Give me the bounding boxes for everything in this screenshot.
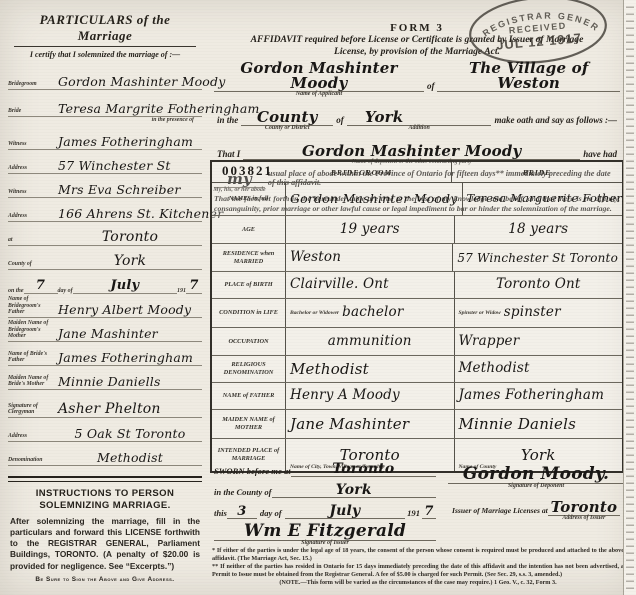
issuer-at-line: Issuer of Marriage Licenses at Toronto A… [452, 500, 620, 516]
deponent-caption: Signature of Deponent [508, 483, 564, 489]
row-label: NAME of FATHER [212, 383, 286, 409]
row-label: RELIGIOUS DENOMINATION [212, 356, 286, 382]
field-label: Witness [8, 189, 58, 197]
field-label: Address [8, 433, 58, 441]
field-row: at Toronto [8, 222, 202, 246]
field-row: Address 5 Oak St Toronto [8, 418, 202, 442]
table-row: NAME of FATHER Henry A Moody James Fothe… [212, 383, 622, 410]
sworn-line: in the County of York [214, 483, 436, 498]
have-had-text: have had [580, 149, 620, 160]
county-word: County [257, 108, 318, 126]
particulars-title: PARTICULARS of the Marriage [14, 12, 196, 47]
cell-sublabel: Spinster or Widow [459, 310, 501, 316]
affidavit-panel: REGISTRAR GENERAL RECEIVED JUL 12 1917 F… [210, 0, 624, 595]
cell-value: York [521, 448, 556, 463]
day-of-word: day of [257, 508, 285, 519]
field-row: Bridegroom Gordon Mashinter Moody [8, 63, 202, 90]
instructions-heading: INSTRUCTIONS TO PERSON SOLEMNIZING MARRI… [10, 488, 200, 512]
cell-value: Teresa Marguerite Fotheringham [467, 193, 636, 205]
field-label: County of [8, 261, 58, 269]
groom-cell: ammunition [286, 328, 455, 355]
field-value: Gordon Mashinter Moody [58, 76, 226, 90]
oath-text: make oath and say as follows :— [491, 115, 620, 126]
this-word: this [214, 508, 227, 519]
row-label: CONDITION in LIFE [212, 299, 286, 327]
year-printed: 191 [405, 508, 422, 519]
sworn-line: SWORN before me at Toronto [214, 462, 436, 477]
cell-value: Gordon Mashinter Moody [290, 193, 458, 206]
field-value: Henry Albert Moody [58, 304, 202, 318]
table-row: PLACE of BIRTH Clairville. Ont Toronto O… [212, 272, 622, 299]
row-label: MAIDEN NAME of MOTHER [212, 410, 286, 438]
issuer-signature-block: Wm E Fitzgerald Signature of Issuer [214, 523, 436, 541]
field-label: Witness [8, 141, 58, 149]
fill-caption: Addition [408, 125, 429, 131]
row-label: PLACE of BIRTH [212, 272, 286, 298]
sworn-place-fill: Toronto [291, 462, 436, 477]
field-value: Minnie Daniells [58, 376, 202, 390]
deponent-name: Gordon Mashinter Moody [302, 142, 521, 160]
residence-value: The Village of Weston [469, 59, 589, 92]
field-label: Maiden Name of Bridegroom's Mother [8, 320, 58, 341]
fill-caption: County or District [265, 125, 310, 131]
sworn-label: SWORN before me at [214, 466, 291, 477]
footnote-line: ** If neither of the parties has resided… [212, 563, 624, 579]
cell-value: Henry A Moody [290, 389, 400, 403]
sworn-place: Toronto [332, 461, 394, 477]
bride-cell: Toronto Ont [455, 272, 623, 298]
groom-cell: Henry A Moody [286, 383, 455, 409]
residence-fill: The Village of Weston [437, 61, 620, 92]
field-value: York [58, 254, 202, 269]
bride-cell: James Fotheringham [455, 383, 623, 409]
field-value: James Fotheringham [58, 136, 202, 150]
date-month: July [73, 278, 177, 294]
bride-cell: Methodist [455, 356, 623, 382]
cell-value: Toronto Ont [496, 278, 581, 292]
field-value: Methodist [58, 452, 202, 466]
county-name: York [365, 108, 404, 126]
field-value: Jane Mashinter [58, 328, 202, 342]
presence-note: in the presence of [6, 117, 194, 124]
date-row: on the 7 day of July 191 7 [8, 270, 202, 294]
field-value: Asher Phelton [58, 402, 202, 417]
that-i-word: That I [214, 149, 243, 160]
document-page: PARTICULARS of the Marriage I certify th… [0, 0, 636, 595]
issuer-at-fill: Toronto Address of Issuer [548, 500, 620, 516]
field-label: Name of Bride's Father [8, 351, 58, 365]
year-fill: 7 [422, 505, 436, 519]
row-label: AGE [212, 216, 286, 243]
row-label: NAMES in full [212, 183, 286, 215]
table-row: AGE 19 years 18 years [212, 216, 622, 244]
field-value: 57 Winchester St [58, 160, 202, 174]
applicant-name: Gordon Mashinter Moody [240, 59, 397, 92]
header-left: 003821 BRIDEGROOM [212, 162, 452, 182]
table-row: CONDITION in LIFE Bachelor or Widower ba… [212, 299, 622, 328]
cell-value: Clairville. Ont [290, 278, 389, 292]
sworn-day: 3 [237, 504, 246, 519]
sworn-label: in the County of [214, 487, 272, 498]
table-row: MAIDEN NAME of MOTHER Jane Mashinter Min… [212, 410, 622, 439]
fill-caption: Name of Applicant [296, 91, 342, 97]
cell-value: Methodist [290, 362, 369, 377]
cell-value: spinster [504, 306, 561, 320]
document-number: 003821 [222, 163, 273, 179]
bride-cell: Wrapper [455, 328, 623, 355]
field-row: Witness Mrs Eva Schreiber [8, 174, 202, 198]
cell-value: 57 Winchester St Toronto [457, 252, 618, 264]
cell-value: Wrapper [459, 335, 520, 349]
field-value: 166 Ahrens St. Kitchener [58, 208, 223, 222]
field-row: Bride Teresa Margrite Fotheringham [8, 90, 202, 117]
footnotes: * If either of the parties is under the … [212, 547, 624, 587]
column-header-bride: BRIDE [523, 168, 551, 177]
table-header: 003821 BRIDEGROOM BRIDE [212, 162, 622, 183]
field-row: Address 57 Winchester St [8, 150, 202, 174]
field-value: James Fotheringham [58, 352, 202, 366]
sworn-month: July [329, 503, 360, 519]
county-name-fill: York Addition [347, 110, 492, 126]
instructions-body: After solemnizing the marriage, fill in … [10, 516, 200, 572]
groom-cell: Methodist [286, 356, 455, 382]
field-row: Name of Bride's Father James Fotheringha… [8, 342, 202, 366]
groom-cell: Clairville. Ont [286, 272, 455, 298]
deponent-signature-block: Gordon Moody. Signature of Deponent [448, 466, 624, 484]
groom-cell: Jane Mashinter [286, 410, 455, 438]
deponent-signature: Gordon Moody. [463, 464, 609, 484]
groom-cell: Weston [286, 244, 453, 271]
cell-value: Minnie Daniels [459, 417, 577, 432]
field-label: at [8, 237, 58, 245]
date-day: 7 [24, 278, 58, 294]
cell-value: bachelor [342, 306, 403, 320]
divider-rule [8, 476, 202, 482]
page-edge-strip [623, 0, 636, 595]
row-label: RESIDENCE when MARRIED [212, 244, 286, 271]
table-row: RESIDENCE when MARRIED Weston 57 Winches… [212, 244, 622, 272]
in-the-word: in the [214, 115, 241, 126]
date-year: 7 [186, 278, 202, 294]
footnote-line: (NOTE.—This form will be varied as the c… [212, 579, 624, 587]
county-fill: County County or District [241, 110, 333, 126]
cell-sublabel: Bachelor or Widower [290, 310, 339, 316]
field-label: Address [8, 213, 58, 221]
field-value: Toronto [58, 230, 202, 245]
affidavit-line: That I Gordon Mashinter Moody Name of de… [214, 138, 620, 160]
cell-value: 19 years [340, 223, 400, 237]
table-row: RELIGIOUS DENOMINATION Methodist Methodi… [212, 356, 622, 383]
field-row: Signature of Clergyman Asher Phelton [8, 390, 202, 418]
issuer-caption: Signature of Issuer [301, 540, 349, 546]
of-word: of [424, 81, 438, 92]
field-row: Maiden Name of Bridegroom's Mother Jane … [8, 318, 202, 342]
cell-value: Methodist [459, 362, 530, 376]
deponent-fill: Gordon Mashinter Moody Name of deponent … [243, 144, 580, 160]
marriage-table: 003821 BRIDEGROOM BRIDE NAMES in full Go… [210, 160, 624, 473]
field-row: Denomination Methodist [8, 442, 202, 466]
cell-value: ammunition [328, 335, 412, 349]
field-row: Witness James Fotheringham [8, 126, 202, 150]
header-right: BRIDE [452, 162, 622, 182]
field-row: Address 166 Ahrens St. Kitchener [8, 198, 202, 222]
applicant-fill: Gordon Mashinter Moody Name of Applicant [214, 61, 424, 92]
field-label: Denomination [8, 457, 58, 465]
field-value: 5 Oak St Toronto [58, 428, 202, 442]
bride-cell: 57 Winchester St Toronto [453, 244, 622, 271]
of-word: of [333, 115, 347, 126]
sworn-county-fill: York [272, 483, 436, 498]
footnote-line: * If either of the parties is under the … [212, 547, 624, 563]
field-label: Bride [8, 108, 58, 116]
field-label: Name of Bridegroom's Father [8, 296, 58, 317]
month-fill: July [285, 504, 405, 519]
groom-cell: Bachelor or Widower bachelor [286, 299, 455, 327]
sworn-section: SWORN before me at Toronto in the County… [210, 462, 624, 541]
table-row: NAMES in full Gordon Mashinter Moody Ter… [212, 183, 622, 216]
issuer-signature: Wm E Fitzgerald [244, 521, 406, 541]
cell-value: Jane Mashinter [290, 417, 409, 432]
field-value: Mrs Eva Schreiber [58, 184, 202, 198]
day-fill: 3 [227, 505, 257, 519]
issuer-at-caption: Address of Issuer [562, 515, 605, 521]
bride-cell: Spinster or Widow spinster [455, 299, 623, 327]
field-row: County of York [8, 246, 202, 270]
groom-cell: 19 years [286, 216, 455, 243]
bride-cell: Minnie Daniels [455, 410, 623, 438]
particulars-panel: PARTICULARS of the Marriage I certify th… [6, 6, 204, 583]
field-label: Maiden Name of Bride's Mother [8, 375, 58, 389]
bride-cell: 18 years [455, 216, 623, 243]
row-label: OCCUPATION [212, 328, 286, 355]
instructions-footer: Be Sure to Sign the Above and Give Addre… [10, 576, 200, 583]
instructions-block: INSTRUCTIONS TO PERSON SOLEMNIZING MARRI… [10, 488, 200, 583]
issuer-at-label: Issuer of Marriage Licenses at [452, 506, 548, 516]
table-row: OCCUPATION ammunition Wrapper [212, 328, 622, 356]
bride-cell: Teresa Marguerite Fotheringham [463, 183, 636, 215]
cell-value: 18 years [508, 223, 568, 237]
field-row: Name of Bridegroom's Father Henry Albert… [8, 294, 202, 318]
certify-line: I certify that I solemnized the marriage… [6, 50, 204, 59]
cell-value: Weston [290, 251, 341, 265]
field-row: Maiden Name of Bride's Mother Minnie Dan… [8, 366, 202, 390]
field-label: Signature of Clergyman [8, 403, 58, 417]
column-header-bridegroom: BRIDEGROOM [331, 168, 392, 177]
sworn-line: this 3 day of July 191 7 [214, 504, 436, 519]
cell-value: James Fotheringham [459, 389, 605, 403]
field-label: Bridegroom [8, 81, 58, 89]
sworn-county: York [336, 482, 372, 498]
issuer-at-value: Toronto [551, 498, 618, 516]
sworn-year: 7 [424, 504, 433, 519]
affidavit-line: Gordon Mashinter Moody Name of Applicant… [214, 68, 620, 92]
field-label: Address [8, 165, 58, 173]
affidavit-line: in the County County or District of York… [214, 104, 620, 126]
groom-cell: Gordon Mashinter Moody [286, 183, 463, 215]
